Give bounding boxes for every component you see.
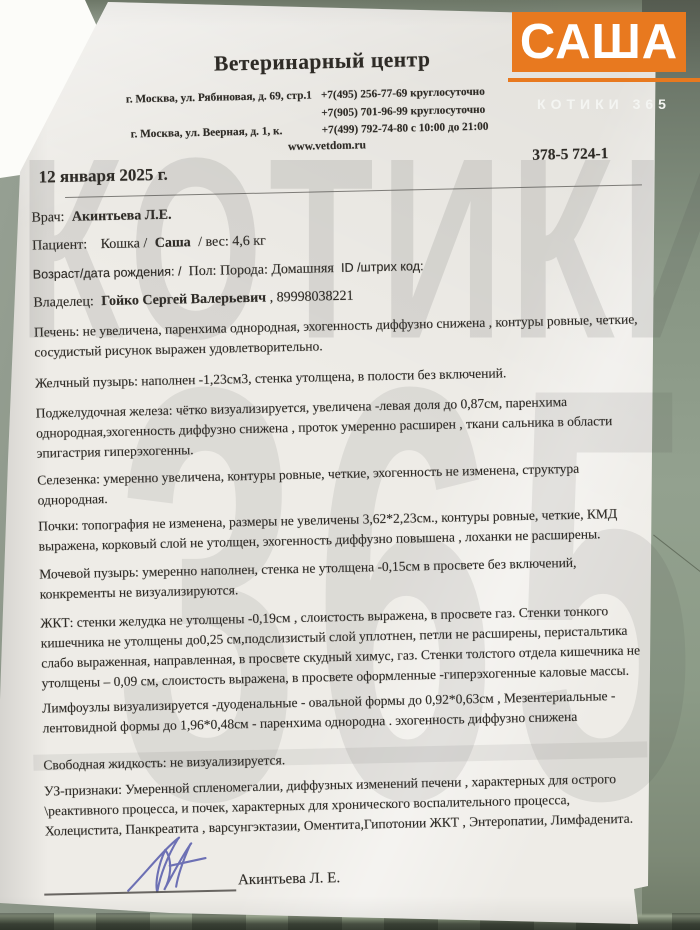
finding-lymph-nodes: Лимфоузлы визуализируется -дуоденальные … bbox=[42, 685, 647, 738]
id-label: ID /штрих код: bbox=[341, 259, 424, 275]
signature-name: Акинтьева Л. Е. bbox=[238, 870, 340, 889]
brand-rule bbox=[508, 78, 700, 82]
phone-line-3: +7(499) 792-74-80 с 10:00 до 21:00 bbox=[322, 121, 489, 137]
document-content: Ветеринарный центр г. Москва, ул. Рябино… bbox=[0, 0, 700, 930]
finding-kidneys: Почки: топография не изменена, размеры н… bbox=[38, 503, 643, 556]
header-divider bbox=[65, 184, 642, 198]
report-date: 12 января 2025 г. bbox=[38, 165, 168, 188]
address-line-2: г. Москва, ул. Веерная, д. 1, к. bbox=[131, 125, 283, 140]
phone-line-1: +7(495) 256-77-69 круглосуточно bbox=[321, 86, 485, 102]
owner-name: Гойко Сергей Валерьевич bbox=[101, 291, 266, 310]
brand-tagline: КОТИКИ 365 bbox=[504, 96, 700, 112]
age-label: Возраст/дата рождения: / bbox=[33, 264, 182, 281]
owner-label: Владелец: bbox=[33, 294, 94, 310]
patient-weight: / вес: 4,6 кг bbox=[198, 234, 266, 250]
sex-breed: Пол: Порода: Домашняя bbox=[189, 261, 334, 279]
clinic-title: Ветеринарный центр bbox=[112, 45, 532, 79]
document-paper: Ветеринарный центр г. Москва, ул. Рябино… bbox=[0, 0, 700, 930]
finding-git: ЖКТ: стенки желудка не утолщены -0,19см … bbox=[40, 600, 646, 693]
finding-spleen: Селезенка: умеренно увеличена, контуры р… bbox=[37, 457, 642, 510]
finding-bladder: Мочевой пузырь: умеренно наполнен, стенк… bbox=[39, 551, 644, 604]
owner-phone: , 89998038221 bbox=[269, 289, 353, 306]
patient-species: Кошка / bbox=[100, 236, 147, 252]
brand-logo: САША bbox=[512, 12, 686, 72]
age-row: Возраст/дата рождения: / Пол: Порода: До… bbox=[33, 259, 424, 284]
doctor-name: Акинтьева Л.Е. bbox=[72, 208, 172, 225]
doctor-row: Врач: Акинтьева Л.Е. bbox=[31, 208, 171, 227]
report-number: 378-5 724-1 bbox=[532, 145, 609, 165]
finding-pancreas: Поджелудочная железа: чётко визуализируе… bbox=[36, 390, 641, 463]
patient-label: Пациент: bbox=[32, 237, 87, 253]
phone-line-2: +7(905) 701-96-99 круглосуточно bbox=[321, 104, 485, 120]
patient-row: Пациент: Кошка / Саша / вес: 4,6 кг bbox=[32, 234, 266, 255]
website-url: www.vetdom.ru bbox=[247, 138, 407, 153]
finding-conclusion: УЗ-признаки: Умеренной спленомегалии, ди… bbox=[44, 768, 649, 841]
signature-scribble bbox=[121, 830, 242, 899]
owner-row: Владелец: Гойко Сергей Валерьевич , 8999… bbox=[33, 289, 354, 312]
finding-liver: Печень: не увеличена, паренхима однородн… bbox=[34, 309, 639, 362]
address-line-1: г. Москва, ул. Рябиновая, д. 69, стр.1 bbox=[126, 90, 312, 106]
finding-gallbladder: Желчный пузырь: наполнен -1,23см3, стенк… bbox=[35, 360, 639, 393]
doctor-label: Врач: bbox=[31, 210, 64, 226]
patient-name: Саша bbox=[155, 235, 191, 251]
